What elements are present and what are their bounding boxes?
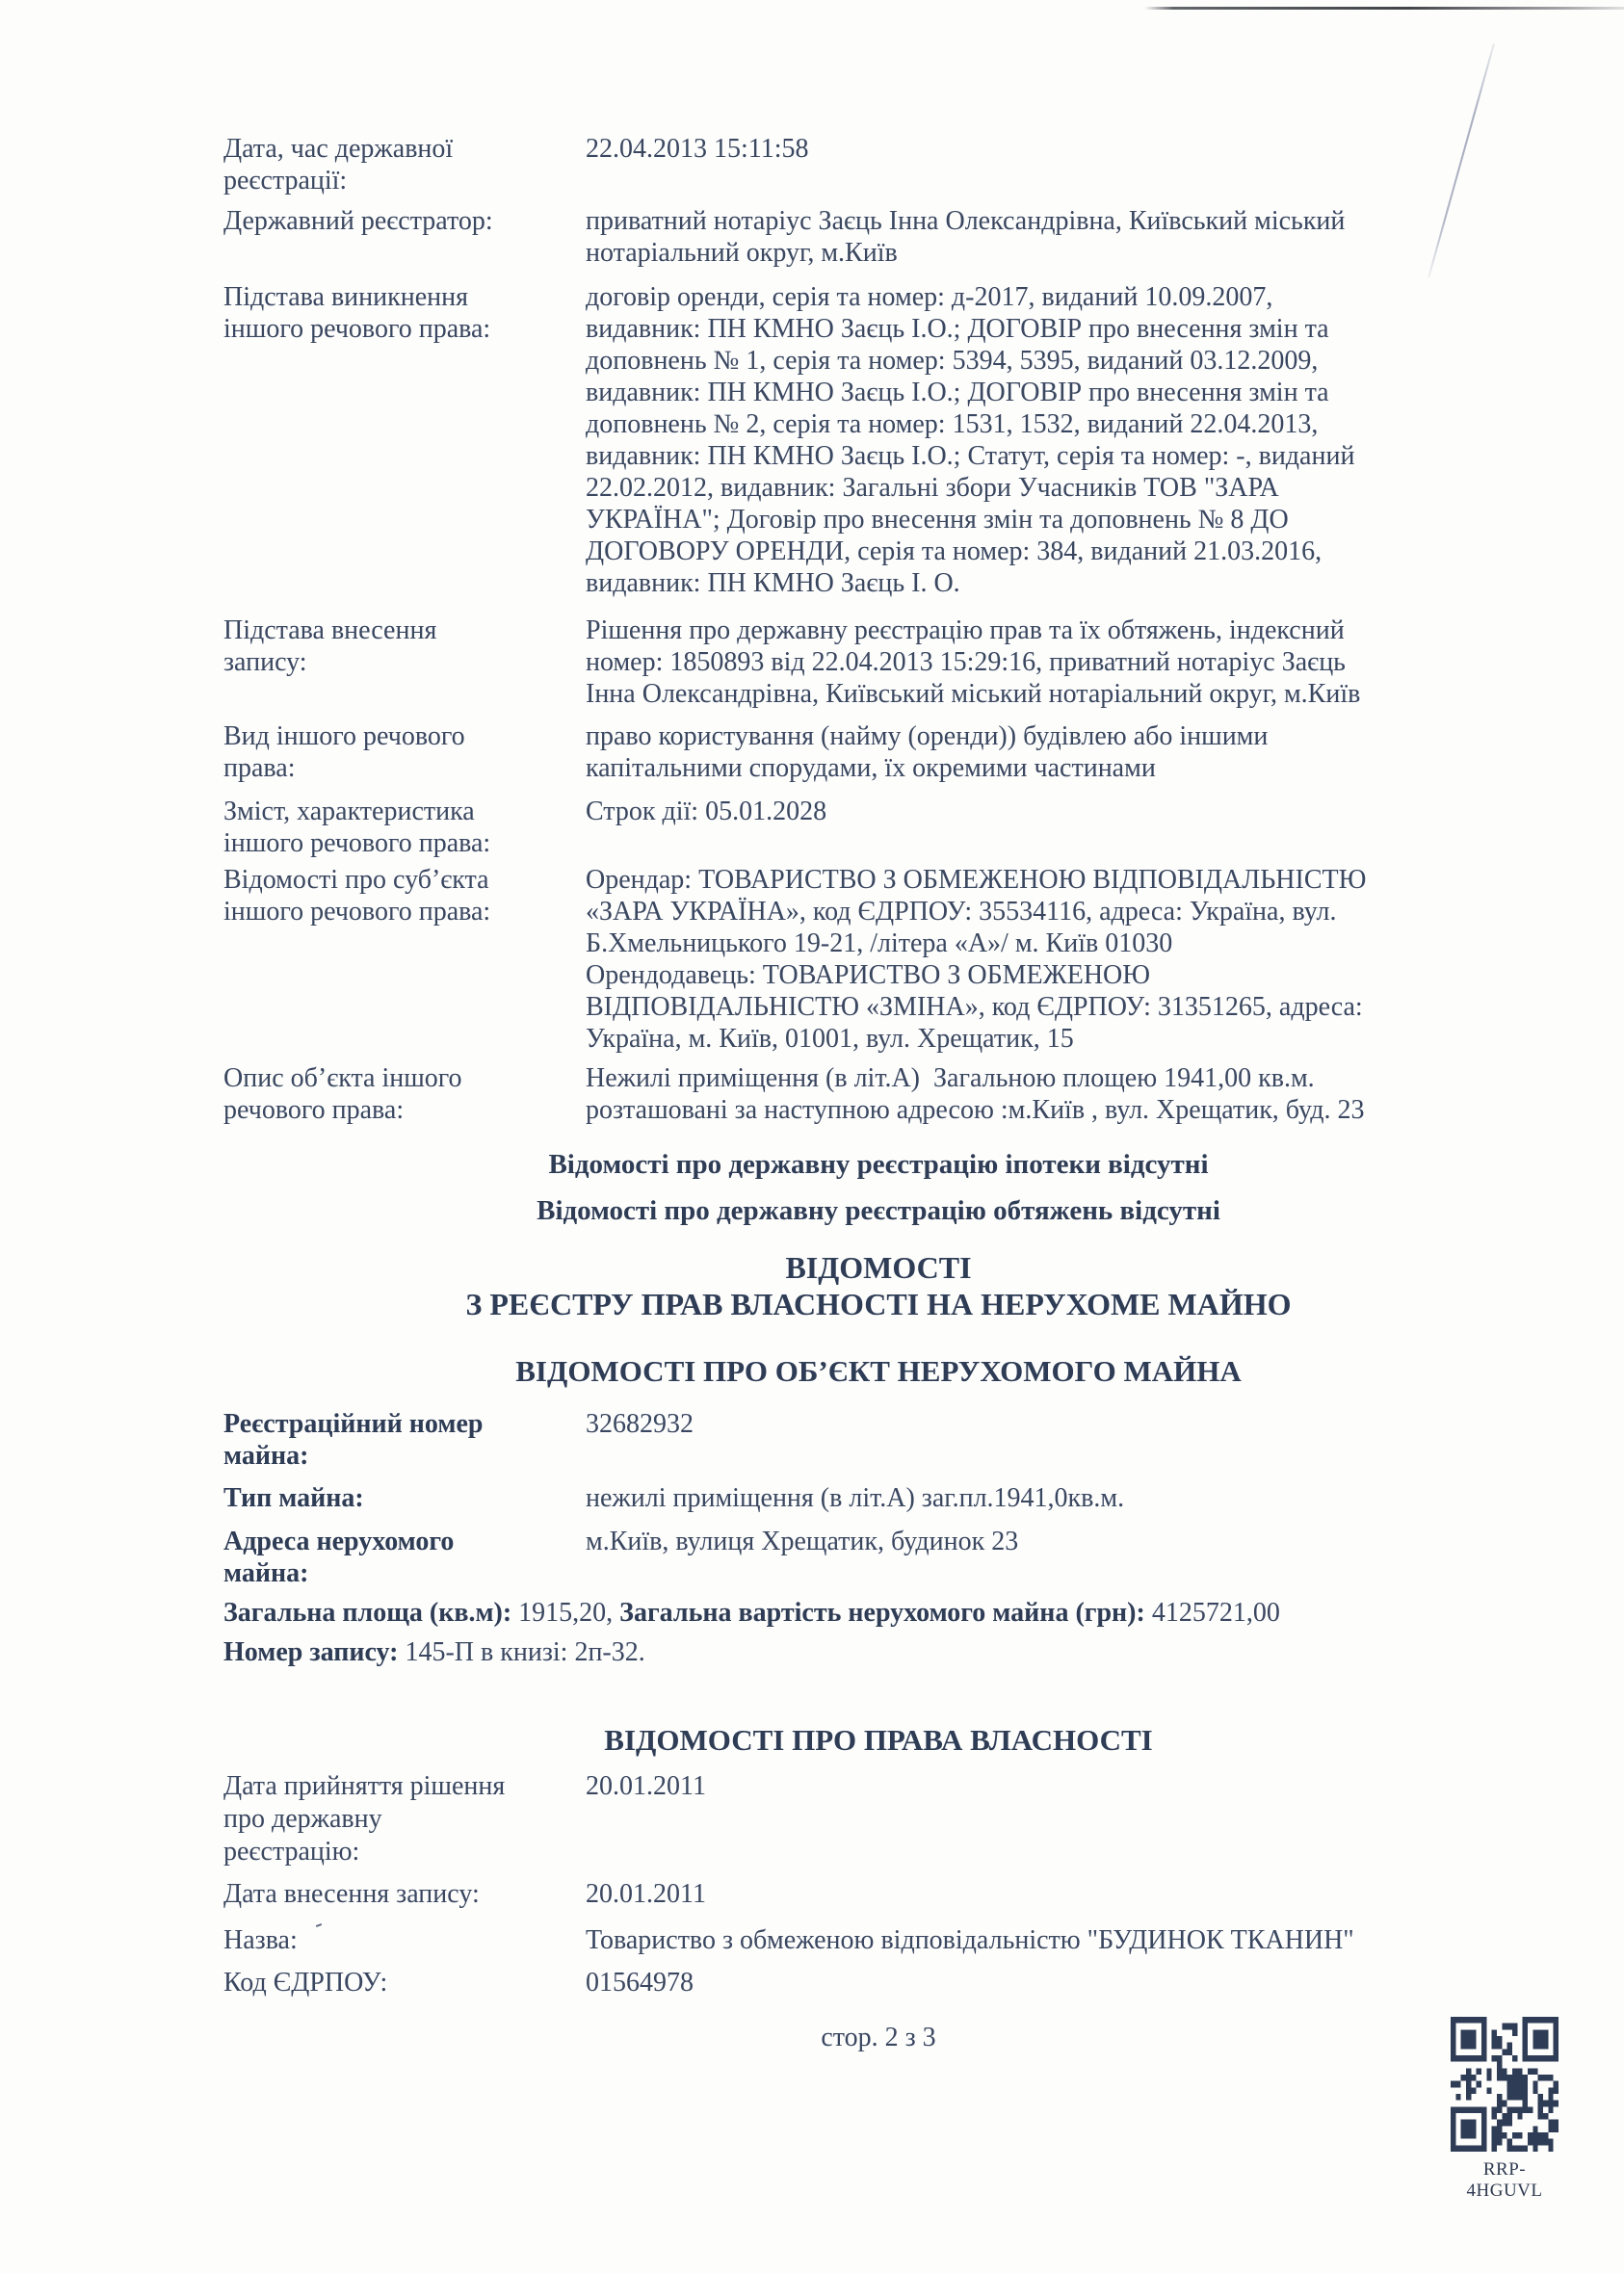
field-value: Рішення про державну реєстрацію прав та … — [586, 614, 1360, 710]
row-basis-of-right-origin: Підстава виникнення іншого речового прав… — [223, 281, 1495, 599]
field-label: Відомості про суб’єкта іншого речового п… — [223, 864, 586, 927]
field-value: Товариство з обмеженою відповідальністю … — [586, 1924, 1354, 1957]
field-label: Дата, час державної реєстрації: — [223, 133, 586, 196]
qr-caption: RRP-4HGUVL — [1451, 2159, 1559, 2202]
scan-speck — [316, 1923, 322, 1927]
field-label: Підстава внесення запису: — [223, 614, 586, 678]
field-label: Підстава виникнення іншого речового прав… — [223, 281, 586, 345]
qr-code — [1451, 2017, 1559, 2152]
field-label: Дата прийняття рішення про державну реєс… — [223, 1770, 586, 1868]
total-cost-value: 4125721,00 — [1145, 1598, 1280, 1628]
row-registration-datetime: Дата, час державної реєстрації: 22.04.20… — [223, 133, 1495, 196]
registry-heading-line1: ВІДОМОСТІ — [281, 1249, 1476, 1286]
field-value: 01564978 — [586, 1967, 694, 1999]
record-number-line: Номер запису: 145-П в книзі: 2п-32. — [223, 1636, 1505, 1669]
field-label: Адреса нерухомого майна: — [223, 1526, 586, 1589]
qr-block: RRP-4HGUVL — [1451, 2017, 1559, 2202]
row-basis-of-record-entry: Підстава внесення запису: Рішення про де… — [223, 614, 1495, 710]
field-label: Вид іншого речового права: — [223, 720, 586, 784]
total-area-value: 1915,20, — [511, 1598, 619, 1628]
row-record-entry-date: Дата внесення запису: 20.01.2011 — [223, 1878, 1495, 1911]
field-value: право користування (найму (оренди)) буді… — [586, 720, 1268, 784]
field-value: 20.01.2011 — [586, 1770, 706, 1803]
field-value: 22.04.2013 15:11:58 — [586, 133, 809, 165]
field-value: договір оренди, серія та номер: д-2017, … — [586, 281, 1354, 599]
field-label: Тип майна: — [223, 1482, 586, 1514]
field-label: Реєстраційний номер майна: — [223, 1408, 586, 1472]
field-value: приватний нотаріус Заєць Інна Олександрі… — [586, 205, 1345, 269]
row-type-of-other-right: Вид іншого речового права: право користу… — [223, 720, 1495, 784]
field-value: 32682932 — [586, 1408, 694, 1440]
record-number-value: 145-П в книзі: 2п-32. — [398, 1637, 644, 1667]
mortgage-absent-note: Відомості про державну реєстрацію іпотек… — [281, 1148, 1476, 1181]
ownership-section: Дата прийняття рішення про державну реєс… — [223, 1770, 1495, 1999]
field-label: Опис об’єкта іншого речового права: — [223, 1062, 586, 1126]
total-area-label: Загальна площа (кв.м): — [223, 1598, 511, 1628]
row-content-of-other-right: Зміст, характеристика іншого речового пр… — [223, 796, 1495, 859]
row-edrpou-code: Код ЄДРПОУ: 01564978 — [223, 1967, 1495, 1999]
object-info-heading: ВІДОМОСТІ ПРО ОБ’ЄКТ НЕРУХОМОГО МАЙНА — [281, 1354, 1476, 1389]
field-value: нежилі приміщення (в літ.А) заг.пл.1941,… — [586, 1482, 1124, 1514]
row-object-description: Опис об’єкта іншого речового права: Нежи… — [223, 1062, 1495, 1126]
total-area-value-line: Загальна площа (кв.м): 1915,20, Загальна… — [223, 1597, 1505, 1630]
document-page: Дата, час державної реєстрації: 22.04.20… — [0, 0, 1624, 2273]
field-value: Строк дії: 05.01.2028 — [586, 796, 826, 827]
encumbrance-absent-note: Відомості про державну реєстрацію обтяже… — [281, 1194, 1476, 1227]
row-property-type: Тип майна: нежилі приміщення (в літ.А) з… — [223, 1482, 1495, 1514]
field-label: Назва: — [223, 1924, 586, 1957]
row-decision-date: Дата прийняття рішення про державну реєс… — [223, 1770, 1495, 1868]
row-right-subject-info: Відомості про суб’єкта іншого речового п… — [223, 864, 1495, 1055]
scan-artifact-line — [1144, 7, 1624, 10]
ownership-heading: ВІДОМОСТІ ПРО ПРАВА ВЛАСНОСТІ — [281, 1723, 1476, 1758]
page-number-label: стор. 2 з 3 — [281, 2023, 1476, 2053]
field-label: Державний реєстратор: — [223, 205, 586, 237]
field-value: 20.01.2011 — [586, 1878, 706, 1911]
field-value: Нежилі приміщення (в літ.А) Загальною пл… — [586, 1062, 1364, 1126]
registry-heading-line2: З РЕЄСТРУ ПРАВ ВЛАСНОСТІ НА НЕРУХОМЕ МАЙ… — [281, 1286, 1476, 1322]
row-property-registration-number: Реєстраційний номер майна: 32682932 — [223, 1408, 1495, 1472]
field-label: Дата внесення запису: — [223, 1878, 586, 1911]
field-label: Код ЄДРПОУ: — [223, 1967, 586, 1999]
row-owner-name: Назва: Товариство з обмеженою відповідал… — [223, 1924, 1495, 1957]
object-info-section: Реєстраційний номер майна: 32682932 Тип … — [223, 1408, 1495, 1589]
row-property-address: Адреса нерухомого майна: м.Київ, вулиця … — [223, 1526, 1495, 1589]
field-label: Зміст, характеристика іншого речового пр… — [223, 796, 586, 859]
record-number-label: Номер запису: — [223, 1637, 398, 1667]
row-state-registrar: Державний реєстратор: приватний нотаріус… — [223, 205, 1495, 269]
other-rights-section: Дата, час державної реєстрації: 22.04.20… — [223, 133, 1495, 1126]
field-value: м.Київ, вулиця Хрещатик, будинок 23 — [586, 1526, 1018, 1557]
field-value: Орендар: ТОВАРИСТВО З ОБМЕЖЕНОЮ ВІДПОВІД… — [586, 864, 1366, 1055]
total-cost-label: Загальна вартість нерухомого майна (грн)… — [619, 1598, 1145, 1628]
registry-heading: ВІДОМОСТІ З РЕЄСТРУ ПРАВ ВЛАСНОСТІ НА НЕ… — [281, 1249, 1476, 1322]
